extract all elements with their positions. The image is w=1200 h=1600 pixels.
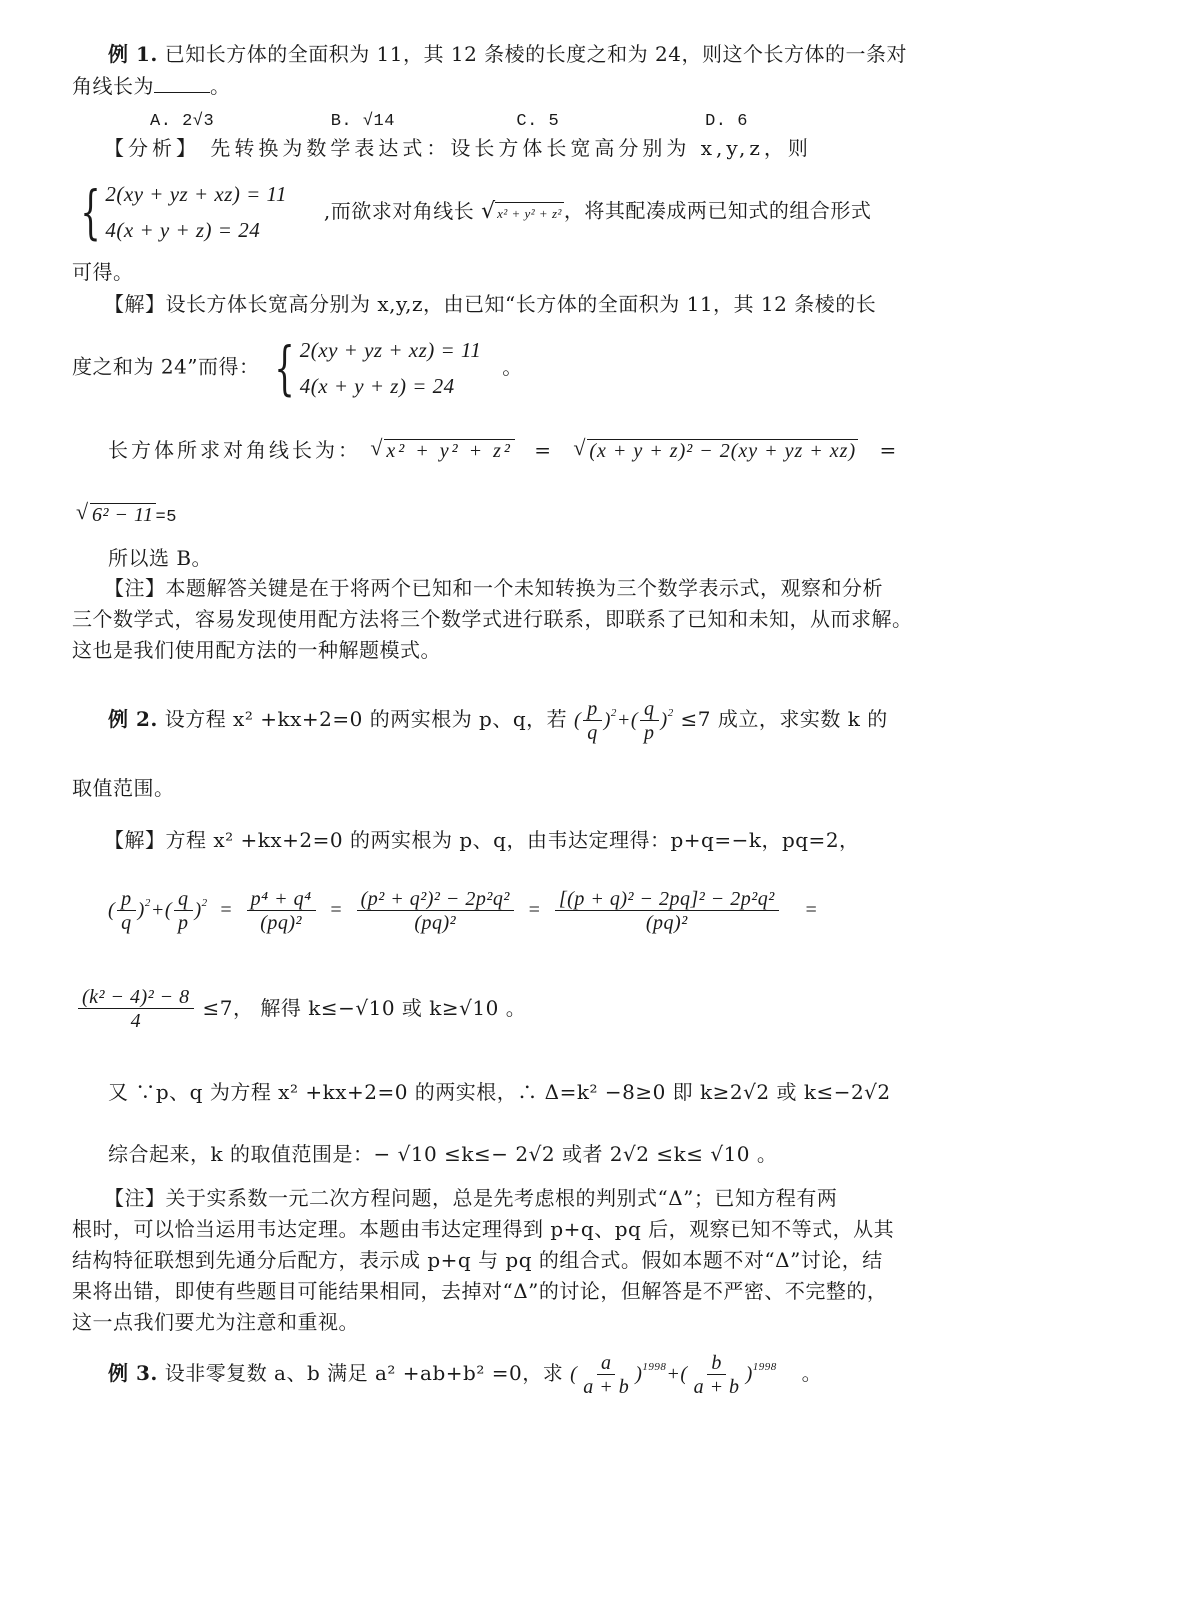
example1-analysis-line2: { 2(xy + yz + xz) = 11 4(x + y + z) = 24… bbox=[72, 176, 871, 248]
example1-choose: 所以选 B。 bbox=[108, 544, 212, 572]
example1-note-line1: 【注】本题解答关键是在于将两个已知和一个未知转换为三个数学表示式，观察和分析 bbox=[104, 574, 883, 602]
example2-note-line4: 果将出错，即使有些题目可能结果相同，去掉对“Δ”的讨论，但解答是不严密、不完整的… bbox=[72, 1277, 887, 1305]
sqrt-expression: 6² − 11 bbox=[76, 501, 156, 529]
example2-question-line1: 例 2. 设方程 x² +kx+2=0 的两实根为 p、q，若 (pq)2+(q… bbox=[108, 698, 888, 745]
example1-result-line: 6² − 11=5 bbox=[76, 500, 177, 532]
example2-note-line5: 这一点我们要尤为注意和重视。 bbox=[72, 1308, 359, 1336]
sqrt-expression: (x + y + z)² − 2(xy + yz + xz) bbox=[573, 437, 858, 465]
document-page: 例 1. 已知长方体的全面积为 11，其 12 条棱的长度之和为 24，则这个长… bbox=[0, 0, 1200, 1600]
example3-question: 例 3. 设非零复数 a、b 满足 a² +ab+b² =0，求 (aa + b… bbox=[108, 1352, 822, 1399]
example3-label: 例 3. bbox=[108, 1361, 158, 1385]
note-label: 【注】 bbox=[104, 1186, 166, 1210]
example1-analysis-line1: 【分析】 先转换为数学表达式：设长方体长宽高分别为 x,y,z，则 bbox=[104, 134, 812, 162]
option-a: A. 2√3 bbox=[150, 108, 320, 136]
example2-note-line1: 【注】关于实系数一元二次方程问题，总是先考虑根的判别式“Δ”；已知方程有两 bbox=[104, 1184, 837, 1212]
example1-solution-line2: 度之和为 24”而得： { 2(xy + yz + xz) = 11 4(x +… bbox=[72, 332, 523, 404]
example2-expansion-line: (pq)2+(qp)2 = p⁴ + q⁴(pq)² = (p² + q²)² … bbox=[108, 888, 818, 935]
equation-system: { 2(xy + yz + xz) = 11 4(x + y + z) = 24 bbox=[266, 332, 481, 404]
example1-options: A. 2√3 B. √14 C. 5 D. 6 bbox=[150, 108, 748, 136]
example2-question-line2: 取值范围。 bbox=[72, 774, 175, 802]
example1-label: 例 1. bbox=[108, 42, 158, 66]
option-c: C. 5 bbox=[516, 108, 694, 136]
sqrt-expression: x² + y² + z² bbox=[481, 201, 564, 229]
example1-question-line2: 角线长为。 bbox=[72, 72, 231, 100]
fraction-expression: (pq)2+(qp)2 bbox=[574, 709, 674, 731]
example2-note-line2: 根时，可以恰当运用韦达定理。本题由韦达定理得到 p+q、pq 后，观察已知不等式… bbox=[72, 1215, 894, 1243]
example1-question-line1: 例 1. 已知长方体的全面积为 11，其 12 条棱的长度之和为 24，则这个长… bbox=[108, 40, 907, 68]
analysis-label: 【分析】 bbox=[104, 136, 200, 160]
result-fraction: (k² − 4)² − 84 bbox=[78, 986, 194, 1033]
sqrt-expression: x² + y² + z² bbox=[370, 437, 515, 465]
note-label: 【注】 bbox=[104, 576, 166, 600]
example1-solution-line1: 【解】设长方体长宽高分别为 x,y,z，由已知“长方体的全面积为 11，其 12… bbox=[104, 290, 876, 318]
example2-solution-line1: 【解】方程 x² +kx+2=0 的两实根为 p、q，由韦达定理得：p+q=−k… bbox=[104, 826, 860, 854]
example2-note-line3: 结构特征联想到先通分后配方，表示成 p+q 与 pq 的组合式。假如本题不对“Δ… bbox=[72, 1246, 883, 1274]
answer-blank bbox=[154, 74, 210, 93]
example2-label: 例 2. bbox=[108, 707, 158, 731]
option-d: D. 6 bbox=[705, 108, 748, 136]
solution-label: 【解】 bbox=[104, 828, 166, 852]
example1-note-line2: 三个数学式，容易发现使用配方法将三个数学式进行联系，即联系了已知和未知，从而求解… bbox=[72, 605, 913, 633]
example2-combined-line: 综合起来，k 的取值范围是：− √10 ≤k≤− 2√2 或者 2√2 ≤k≤ … bbox=[108, 1140, 777, 1168]
example1-note-line3: 这也是我们使用配方法的一种解题模式。 bbox=[72, 636, 441, 664]
example2-result-line: (k² − 4)² − 84 ≤7， 解得 k≤−√10 或 k≥√10 。 bbox=[76, 986, 526, 1033]
example1-diagonal-line: 长方体所求对角线长为： x² + y² + z² = (x + y + z)² … bbox=[108, 436, 899, 465]
solution-label: 【解】 bbox=[104, 292, 166, 316]
example1-analysis-line3: 可得。 bbox=[72, 258, 134, 286]
option-b: B. √14 bbox=[331, 108, 506, 136]
example2-delta-line: 又 ∵p、q 为方程 x² +kx+2=0 的两实根，∴ Δ=k² −8≥0 即… bbox=[108, 1078, 891, 1106]
power-expression: (aa + b)1998+(ba + b)1998 bbox=[570, 1363, 777, 1385]
equation-system: { 2(xy + yz + xz) = 11 4(x + y + z) = 24 bbox=[72, 176, 287, 248]
